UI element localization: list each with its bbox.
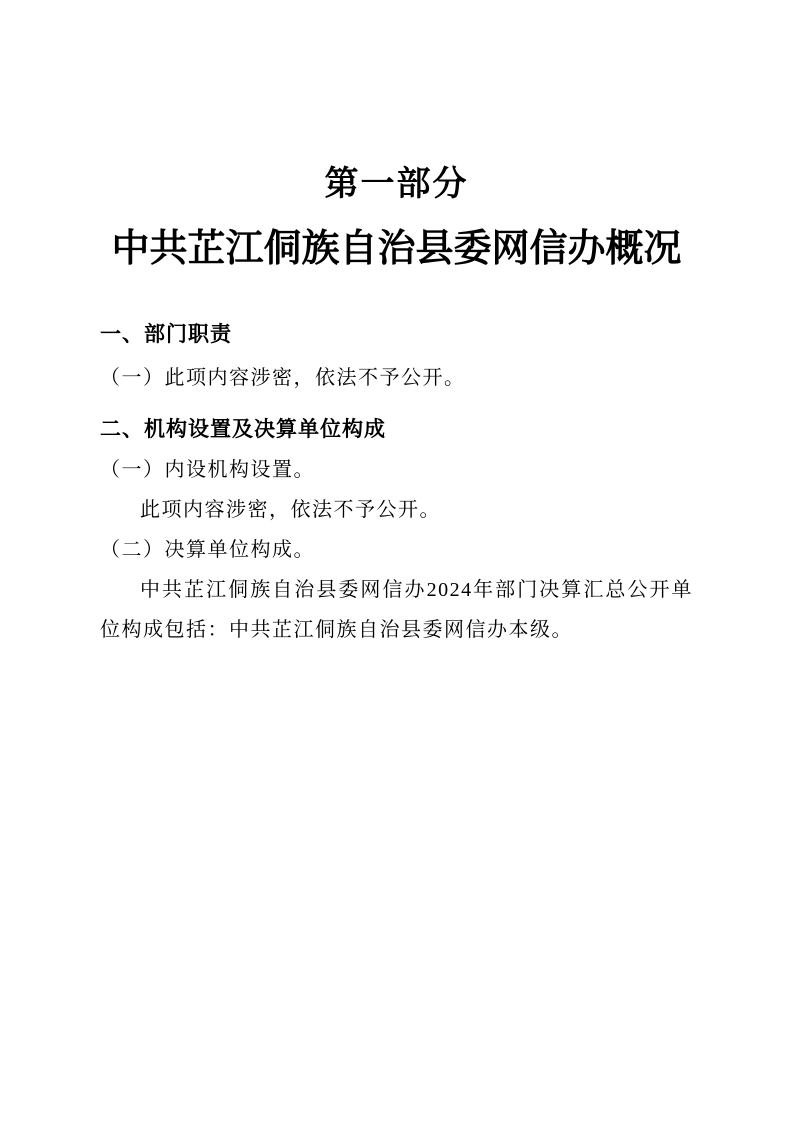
paragraph-classified-notice: （一）此项内容涉密，依法不予公开。 (100, 358, 693, 398)
paragraph-unit-composition-detail: 中共芷江侗族自治县委网信办2024年部门决算汇总公开单位构成包括：中共芷江侗族自… (100, 570, 693, 650)
paragraph-internal-setup-label: （一）内设机构设置。 (100, 450, 693, 490)
paragraph-classified-notice: 此项内容涉密，依法不予公开。 (100, 490, 693, 530)
part-title: 第一部分 (100, 165, 693, 205)
section-organization-structure: 二、机构设置及决算单位构成 （一）内设机构设置。 此项内容涉密，依法不予公开。 … (100, 410, 693, 650)
section-heading-department-duties: 一、部门职责 (100, 315, 693, 355)
section-heading-organization-structure: 二、机构设置及决算单位构成 (100, 410, 693, 450)
section-department-duties: 一、部门职责 （一）此项内容涉密，依法不予公开。 (100, 315, 693, 398)
paragraph-unit-composition-label: （二）决算单位构成。 (100, 530, 693, 570)
document-page: 第一部分 中共芷江侗族自治县委网信办概况 一、部门职责 （一）此项内容涉密，依法… (0, 0, 793, 1122)
document-subtitle: 中共芷江侗族自治县委网信办概况 (100, 227, 693, 271)
